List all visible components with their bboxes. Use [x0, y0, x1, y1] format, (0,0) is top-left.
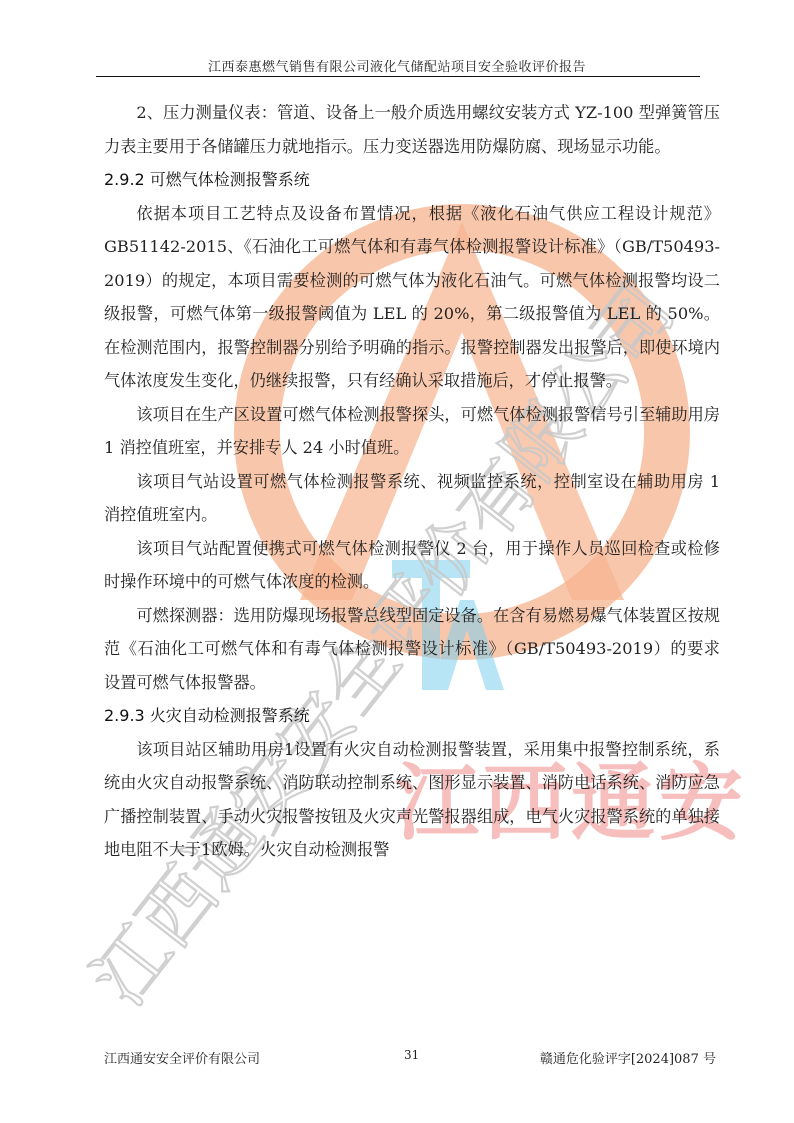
paragraph-combustible-detectors: 可燃探测器：选用防爆现场报警总线型固定设备。在含有易燃易爆气体装置区按规范《石油…: [104, 599, 720, 700]
footer-doc-number: 赣通危化验评字[2024]087 号: [540, 1048, 716, 1067]
footer-company: 江西通安安全评价有限公司: [104, 1048, 260, 1067]
paragraph-fire-alarm-system: 该项目站区辅助用房1设置有火灾自动检测报警装置，采用集中报警控制系统，系统由火灾…: [104, 733, 720, 867]
section-heading-2-9-3: 2.9.3 火灾自动检测报警系统: [104, 699, 720, 733]
paragraph-monitoring-systems: 该项目气站设置可燃气体检测报警系统、视频监控系统，控制室设在辅助用房 1 消控值…: [104, 465, 720, 532]
section-heading-2-9-2: 2.9.2 可燃气体检测报警系统: [104, 163, 720, 197]
page-number: 31: [404, 1048, 419, 1062]
page-footer: 江西通安安全评价有限公司 31 赣通危化验评字[2024]087 号: [104, 1048, 716, 1068]
paragraph-pressure-instruments: 2、压力测量仪表：管道、设备上一般介质选用螺纹安装方式 YZ-100 型弹簧管压…: [104, 96, 720, 163]
document-body: 2、压力测量仪表：管道、设备上一般介质选用螺纹安装方式 YZ-100 型弹簧管压…: [104, 96, 720, 867]
paragraph-detector-probes: 该项目在生产区设置可燃气体检测报警探头，可燃气体检测报警信号引至辅助用房 1 消…: [104, 398, 720, 465]
paragraph-portable-detectors: 该项目气站配置便携式可燃气体检测报警仪 2 台，用于操作人员巡回检查或检修时操作…: [104, 532, 720, 599]
paragraph-gas-detection-basis: 依据本项目工艺特点及设备布置情况，根据《液化石油气供应工程设计规范》GB5114…: [104, 197, 720, 398]
running-header-title: 江西泰惠燃气销售有限公司液化气储配站项目安全验收评价报告: [0, 56, 794, 75]
header-rule: [96, 76, 700, 77]
